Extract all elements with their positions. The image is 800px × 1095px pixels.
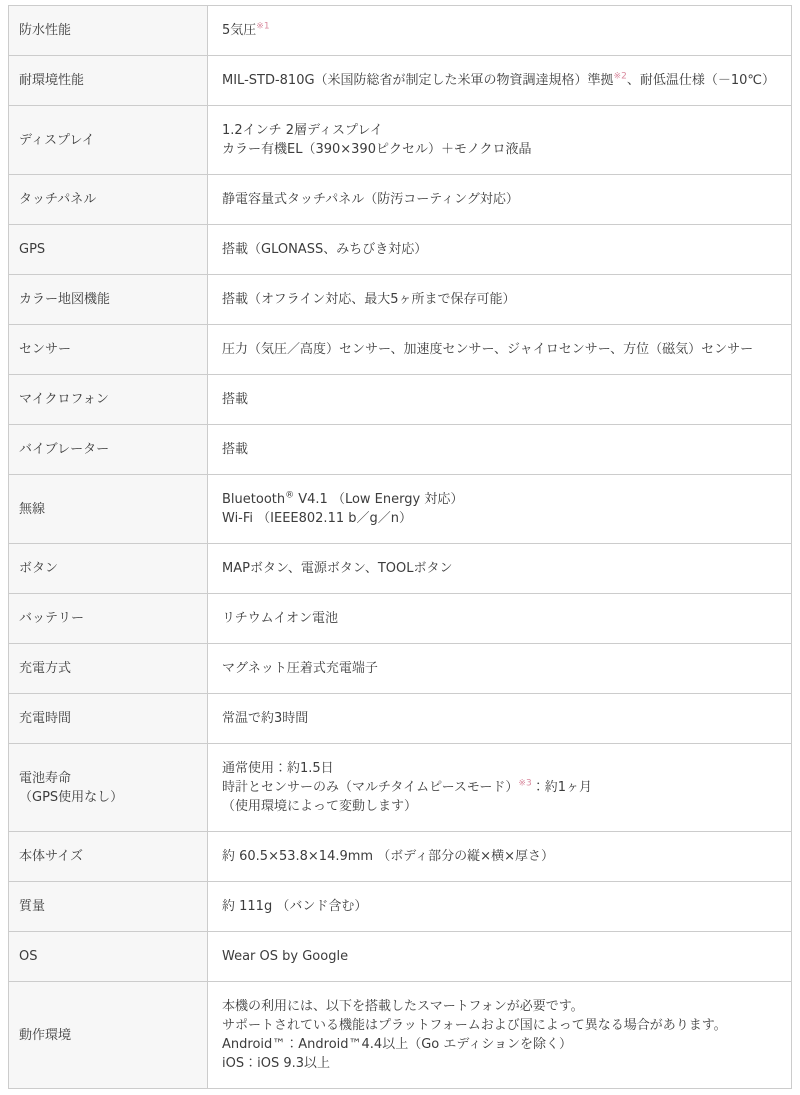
table-row: タッチパネル静電容量式タッチパネル（防汚コーティング対応） <box>9 175 792 225</box>
spec-value: 本機の利用には、以下を搭載したスマートフォンが必要です。サポートされている機能は… <box>208 982 792 1089</box>
table-row: 充電方式マグネット圧着式充電端子 <box>9 644 792 694</box>
table-row: 電池寿命（GPS使用なし）通常使用：約1.5日時計とセンサーのみ（マルチタイムピ… <box>9 744 792 832</box>
spec-value-line: iOS：iOS 9.3以上 <box>222 1054 777 1073</box>
table-row: GPS搭載（GLONASS、みちびき対応） <box>9 225 792 275</box>
spec-table: 防水性能5気圧※1耐環境性能MIL-STD-810G（米国防総省が制定した米軍の… <box>8 5 792 1089</box>
spec-value: 搭載 <box>208 375 792 425</box>
spec-value-line: 時計とセンサーのみ（マルチタイムピースモード）※3：約1ヶ月 <box>222 778 777 797</box>
spec-page: 防水性能5気圧※1耐環境性能MIL-STD-810G（米国防総省が制定した米軍の… <box>0 0 800 1095</box>
spec-value: 通常使用：約1.5日時計とセンサーのみ（マルチタイムピースモード）※3：約1ヶ月… <box>208 744 792 832</box>
spec-value: 約 111g （バンド含む） <box>208 882 792 932</box>
spec-label: 防水性能 <box>9 6 208 56</box>
spec-value-line: マグネット圧着式充電端子 <box>222 659 777 678</box>
spec-value: Wear OS by Google <box>208 932 792 982</box>
spec-value: 搭載（オフライン対応、最大5ヶ所まで保存可能） <box>208 275 792 325</box>
spec-label: 動作環境 <box>9 982 208 1089</box>
table-row: 本体サイズ約 60.5×53.8×14.9mm （ボディ部分の縦×横×厚さ） <box>9 832 792 882</box>
table-row: バッテリーリチウムイオン電池 <box>9 594 792 644</box>
footnote-ref: ※2 <box>614 72 627 82</box>
table-row: センサー圧力（気圧／高度）センサー、加速度センサー、ジャイロセンサー、方位（磁気… <box>9 325 792 375</box>
spec-label: 充電時間 <box>9 694 208 744</box>
spec-value-line: 圧力（気圧／高度）センサー、加速度センサー、ジャイロセンサー、方位（磁気）センサ… <box>222 340 777 359</box>
table-row: 充電時間常温で約3時間 <box>9 694 792 744</box>
spec-value-line: 搭載（GLONASS、みちびき対応） <box>222 240 777 259</box>
spec-label: カラー地図機能 <box>9 275 208 325</box>
table-row: マイクロフォン搭載 <box>9 375 792 425</box>
spec-value-line: 搭載 <box>222 390 777 409</box>
spec-label: GPS <box>9 225 208 275</box>
spec-label: ボタン <box>9 544 208 594</box>
spec-value-line: MIL-STD-810G（米国防総省が制定した米軍の物資調達規格）準拠※2、耐低… <box>222 71 777 90</box>
table-row: ディスプレイ1.2インチ 2層ディスプレイカラー有機EL（390×390ピクセル… <box>9 106 792 175</box>
spec-value-line: 本機の利用には、以下を搭載したスマートフォンが必要です。 <box>222 997 777 1016</box>
table-row: バイブレーター搭載 <box>9 425 792 475</box>
spec-label: 耐環境性能 <box>9 56 208 106</box>
spec-value-line: リチウムイオン電池 <box>222 609 777 628</box>
spec-value: 圧力（気圧／高度）センサー、加速度センサー、ジャイロセンサー、方位（磁気）センサ… <box>208 325 792 375</box>
spec-label: タッチパネル <box>9 175 208 225</box>
spec-value: マグネット圧着式充電端子 <box>208 644 792 694</box>
spec-label: 本体サイズ <box>9 832 208 882</box>
spec-value-line: 常温で約3時間 <box>222 709 777 728</box>
spec-value-line: Wear OS by Google <box>222 947 777 966</box>
spec-value: 搭載 <box>208 425 792 475</box>
spec-label: 電池寿命（GPS使用なし） <box>9 744 208 832</box>
spec-value: 1.2インチ 2層ディスプレイカラー有機EL（390×390ピクセル）＋モノクロ… <box>208 106 792 175</box>
spec-label: OS <box>9 932 208 982</box>
spec-value-line: Wi-Fi （IEEE802.11 b／g／n） <box>222 509 777 528</box>
spec-value-line: 5気圧※1 <box>222 21 777 40</box>
spec-label: マイクロフォン <box>9 375 208 425</box>
table-row: 動作環境本機の利用には、以下を搭載したスマートフォンが必要です。サポートされてい… <box>9 982 792 1089</box>
spec-value-line: カラー有機EL（390×390ピクセル）＋モノクロ液晶 <box>222 140 777 159</box>
spec-value: 搭載（GLONASS、みちびき対応） <box>208 225 792 275</box>
spec-label: ディスプレイ <box>9 106 208 175</box>
spec-label: 充電方式 <box>9 644 208 694</box>
spec-value-line: 搭載 <box>222 440 777 459</box>
spec-value-line: Bluetooth® V4.1 （Low Energy 対応） <box>222 490 777 509</box>
spec-value-line: MAPボタン、電源ボタン、TOOLボタン <box>222 559 777 578</box>
registered-mark: ® <box>285 491 294 501</box>
spec-value-line: 搭載（オフライン対応、最大5ヶ所まで保存可能） <box>222 290 777 309</box>
spec-label: 無線 <box>9 475 208 544</box>
footnote-ref: ※3 <box>518 779 531 789</box>
footnote-ref: ※1 <box>256 22 269 32</box>
table-row: OSWear OS by Google <box>9 932 792 982</box>
spec-value-line: 静電容量式タッチパネル（防汚コーティング対応） <box>222 190 777 209</box>
spec-value: 常温で約3時間 <box>208 694 792 744</box>
spec-value-line: 通常使用：約1.5日 <box>222 759 777 778</box>
spec-label: バッテリー <box>9 594 208 644</box>
spec-value-line: 1.2インチ 2層ディスプレイ <box>222 121 777 140</box>
spec-value: Bluetooth® V4.1 （Low Energy 対応）Wi-Fi （IE… <box>208 475 792 544</box>
spec-value-line: 約 60.5×53.8×14.9mm （ボディ部分の縦×横×厚さ） <box>222 847 777 866</box>
table-row: 防水性能5気圧※1 <box>9 6 792 56</box>
table-row: ボタンMAPボタン、電源ボタン、TOOLボタン <box>9 544 792 594</box>
spec-value-line: （使用環境によって変動します） <box>222 797 777 816</box>
spec-value: 5気圧※1 <box>208 6 792 56</box>
table-row: 無線Bluetooth® V4.1 （Low Energy 対応）Wi-Fi （… <box>9 475 792 544</box>
spec-value: MAPボタン、電源ボタン、TOOLボタン <box>208 544 792 594</box>
spec-label: センサー <box>9 325 208 375</box>
table-row: 質量約 111g （バンド含む） <box>9 882 792 932</box>
spec-table-body: 防水性能5気圧※1耐環境性能MIL-STD-810G（米国防総省が制定した米軍の… <box>9 6 792 1089</box>
spec-value: MIL-STD-810G（米国防総省が制定した米軍の物資調達規格）準拠※2、耐低… <box>208 56 792 106</box>
spec-value: リチウムイオン電池 <box>208 594 792 644</box>
table-row: 耐環境性能MIL-STD-810G（米国防総省が制定した米軍の物資調達規格）準拠… <box>9 56 792 106</box>
spec-value: 約 60.5×53.8×14.9mm （ボディ部分の縦×横×厚さ） <box>208 832 792 882</box>
spec-value-line: サポートされている機能はプラットフォームおよび国によって異なる場合があります。 <box>222 1016 777 1035</box>
spec-value: 静電容量式タッチパネル（防汚コーティング対応） <box>208 175 792 225</box>
spec-value-line: Android™：Android™4.4以上（Go エディションを除く） <box>222 1035 777 1054</box>
spec-label: 質量 <box>9 882 208 932</box>
spec-label: バイブレーター <box>9 425 208 475</box>
spec-value-line: 約 111g （バンド含む） <box>222 897 777 916</box>
table-row: カラー地図機能搭載（オフライン対応、最大5ヶ所まで保存可能） <box>9 275 792 325</box>
